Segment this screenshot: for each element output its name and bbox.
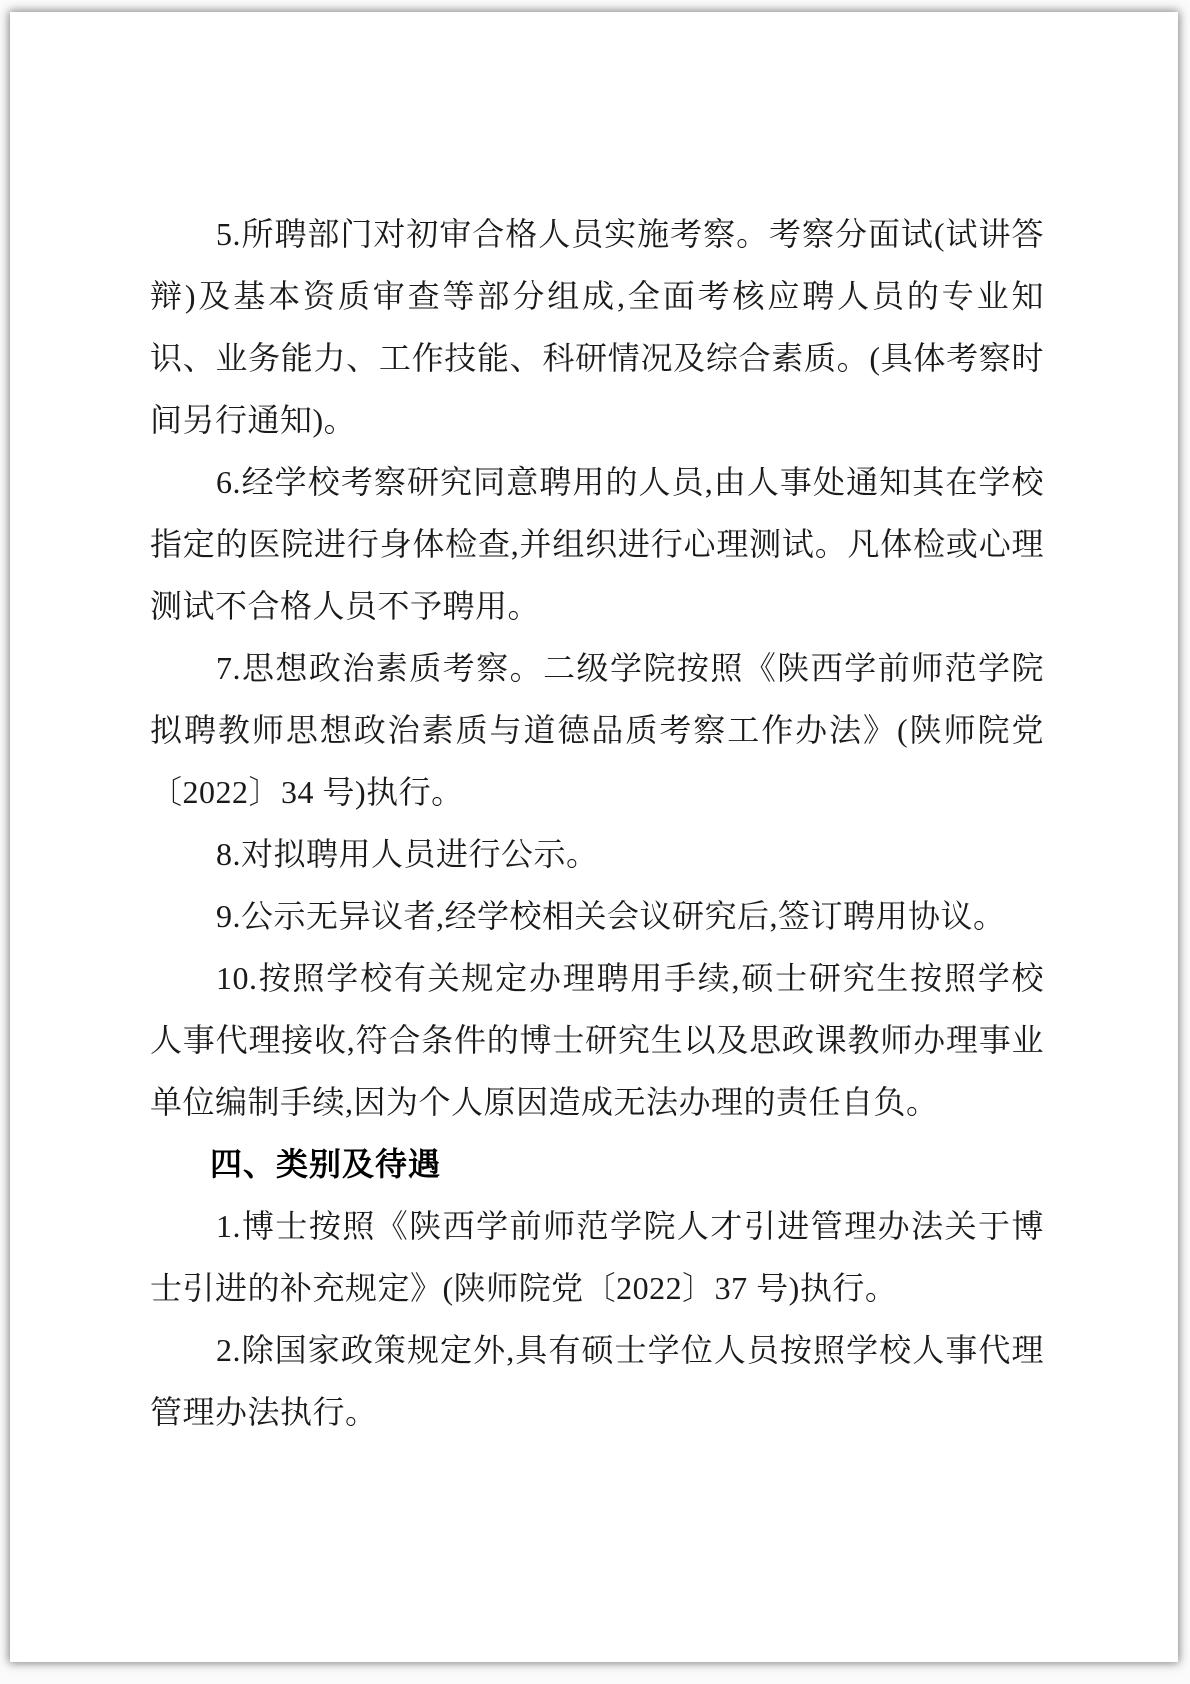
paragraph-treatment-item-2: 2.除国家政策规定外,具有硕士学位人员按照学校人事代理管理办法执行。: [150, 1319, 1044, 1443]
paragraph-item-8: 8.对拟聘用人员进行公示。: [150, 823, 1044, 885]
paragraph-item-9: 9.公示无异议者,经学校相关会议研究后,签订聘用协议。: [150, 885, 1044, 947]
paragraph-item-10: 10.按照学校有关规定办理聘用手续,硕士研究生按照学校人事代理接收,符合条件的博…: [150, 947, 1044, 1133]
paragraph-item-7: 7.思想政治素质考察。二级学院按照《陕西学前师范学院拟聘教师思想政治素质与道德品…: [150, 637, 1044, 823]
paragraph-treatment-item-1: 1.博士按照《陕西学前师范学院人才引进管理办法关于博士引进的补充规定》(陕师院党…: [150, 1195, 1044, 1319]
paragraph-item-5: 5.所聘部门对初审合格人员实施考察。考察分面试(试讲答辩)及基本资质审查等部分组…: [150, 203, 1044, 451]
section-heading-category-and-treatment: 四、类别及待遇: [150, 1133, 1044, 1195]
document-content: 5.所聘部门对初审合格人员实施考察。考察分面试(试讲答辩)及基本资质审查等部分组…: [150, 203, 1044, 1443]
paragraph-item-6: 6.经学校考察研究同意聘用的人员,由人事处通知其在学校指定的医院进行身体检查,并…: [150, 451, 1044, 637]
viewer-canvas: 5.所聘部门对初审合格人员实施考察。考察分面试(试讲答辩)及基本资质审查等部分组…: [0, 0, 1190, 1684]
document-page: 5.所聘部门对初审合格人员实施考察。考察分面试(试讲答辩)及基本资质审查等部分组…: [10, 12, 1178, 1662]
